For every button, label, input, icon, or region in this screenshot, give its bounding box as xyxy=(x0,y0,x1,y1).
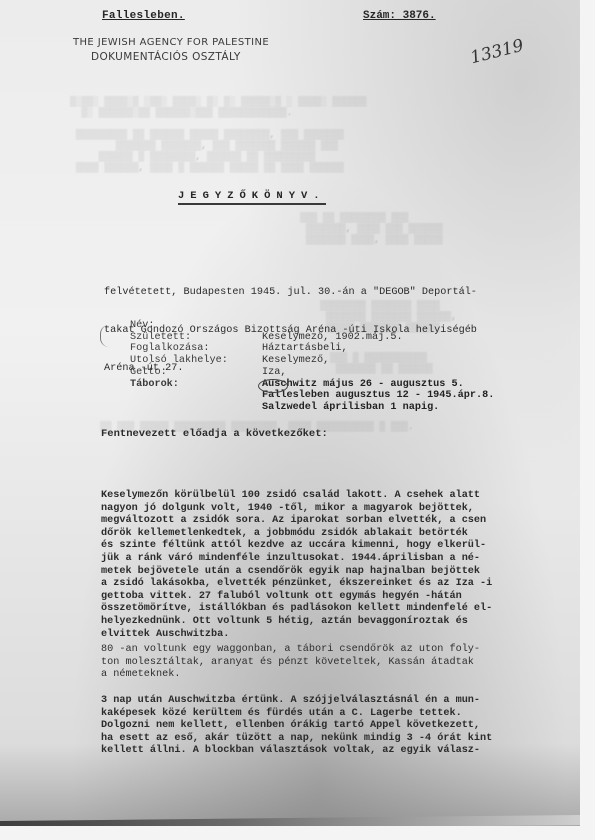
field-row-name: Név: xyxy=(130,320,494,332)
field-row-camps-cont: Salzwedel áprilisban 1 napig. xyxy=(130,402,494,414)
bleed-through-text: ▒░▒▒░ ▒▒▒▒░▒ ░▒▒░ ▒▒▒▒░ ▒░ ▒░ ▒▒▒▒▒░▒ ░ … xyxy=(70,96,366,173)
body-line: nagyon jó dolgunk volt, 1940 -től, mikor… xyxy=(101,503,492,516)
personal-data-fields: Név: Született: Keselymező, 1902.máj.5. … xyxy=(130,320,494,414)
body-line: ha esett az eső, akár tüzött a nap, nekü… xyxy=(101,733,492,746)
body-line: metek bejövetele után a csendőrök egyik … xyxy=(101,566,492,579)
field-label: Név: xyxy=(130,320,262,332)
field-value: Salzwedel áprilisban 1 napig. xyxy=(262,402,439,414)
field-row-camps-cont: Fallesleben augusztus 12 - 1945.ápr.8. xyxy=(130,390,494,402)
body-line: megváltozott a zsidók sora. Az iparokat … xyxy=(101,515,492,528)
field-value: Fallesleben augusztus 12 - 1945.ápr.8. xyxy=(262,390,494,402)
body-line: összetömörítve, istállókban és padlásoko… xyxy=(101,603,492,616)
intro-line: felvétetett, Budapesten 1945. jul. 30.-á… xyxy=(104,287,477,300)
archive-stamp: THE JEWISH AGENCY FOR PALESTINE DOKUMENT… xyxy=(73,36,269,64)
body-line: ton molesztáltak, aranyat és pénzt követ… xyxy=(101,657,480,670)
body-line: és szinte féltünk attól kezdve az uccára… xyxy=(101,540,492,553)
document-title: JEGYZŐKÖNYV. xyxy=(178,190,326,205)
field-value: Iza, xyxy=(262,367,286,379)
bleed-through-text-2: ▒▒▒ ▒▒ ▒▒▒▒▒▒▒▒ ▒▒▒ ▒▒▒▒▒▒▒, ▒▒▒▒ ▒▒▒ ▒▒… xyxy=(300,212,443,245)
body-paragraph-3: 3 nap után Auschwitzba értünk. A szójjel… xyxy=(101,695,492,758)
body-paragraph-1: Keselymezőn körülbelül 100 zsidó család … xyxy=(101,490,492,641)
body-line: helyezkednünk. Ott voltunk 5 hétig, aztá… xyxy=(101,616,492,629)
field-label xyxy=(130,402,262,414)
stamp-line-2: DOKUMENTÁCIÓS OSZTÁLY xyxy=(73,50,269,64)
field-row-ghetto: Getto: Iza, xyxy=(130,367,494,379)
field-label: Utolsó lakhelye: xyxy=(130,355,262,367)
field-label: Getto: xyxy=(130,367,262,379)
header-place: Fallesleben. xyxy=(102,10,185,22)
pen-circle-mark xyxy=(258,379,288,393)
field-label: Táborok: xyxy=(130,379,262,391)
document-number: Szám: 3876. xyxy=(363,10,436,22)
body-line: 80 -an voltunk egy waggonban, a tábori c… xyxy=(101,644,480,657)
body-line: a németeknek. xyxy=(101,669,480,682)
section-heading: Fentnevezett előadja a következőket: xyxy=(101,428,328,440)
body-paragraph-2: 80 -an voltunk egy waggonban, a tábori c… xyxy=(101,644,480,682)
page-edge-shadow xyxy=(0,815,580,826)
body-line: a zsidó lakásokba, elvették pénzünket, é… xyxy=(101,578,492,591)
field-value: Keselymező, 1902.máj.5. xyxy=(262,332,403,344)
body-line: Keselymezőn körülbelül 100 zsidó család … xyxy=(101,490,492,503)
margin-mark xyxy=(100,325,109,347)
field-row-camps: Táborok: Auschwitz május 26 - augusztus … xyxy=(130,379,494,391)
document-page: ▒░▒▒░ ▒▒▒▒░▒ ░▒▒░ ▒▒▒▒░ ▒░ ▒░ ▒▒▒▒▒░▒ ░ … xyxy=(0,0,580,826)
field-row-born: Született: Keselymező, 1902.máj.5. xyxy=(130,332,494,344)
body-line: gettoba vittek. 27 faluból voltunk ott e… xyxy=(101,591,492,604)
body-line: jük a ránk váró mindenféle inzultusokat.… xyxy=(101,553,492,566)
body-line: Dolgozni nem kellett, ellenben órákig ta… xyxy=(101,720,492,733)
field-label: Foglalkozása: xyxy=(130,343,262,355)
body-line: kaképesek közé kerültem és fürdés után a… xyxy=(101,708,492,721)
field-row-last-residence: Utolsó lakhelye: Keselymező, xyxy=(130,355,494,367)
body-line: 3 nap után Auschwitzba értünk. A szójjel… xyxy=(101,695,492,708)
field-label xyxy=(130,390,262,402)
field-label: Született: xyxy=(130,332,262,344)
field-value: Auschwitz május 26 - augusztus 5. xyxy=(262,379,464,391)
body-line: kellett állni. A blockban választások vo… xyxy=(101,745,492,758)
stamp-line-1: THE JEWISH AGENCY FOR PALESTINE xyxy=(73,36,269,50)
field-value: Keselymező, xyxy=(262,355,329,367)
field-value: Háztartásbeli, xyxy=(262,343,348,355)
body-line: dőrök kellemetlenkedtek, a jobbmódu zsid… xyxy=(101,528,492,541)
field-row-occupation: Foglalkozása: Háztartásbeli, xyxy=(130,343,494,355)
handwritten-number: 13319 xyxy=(468,36,525,68)
body-line: elvittek Auschwitzba. xyxy=(101,629,492,642)
